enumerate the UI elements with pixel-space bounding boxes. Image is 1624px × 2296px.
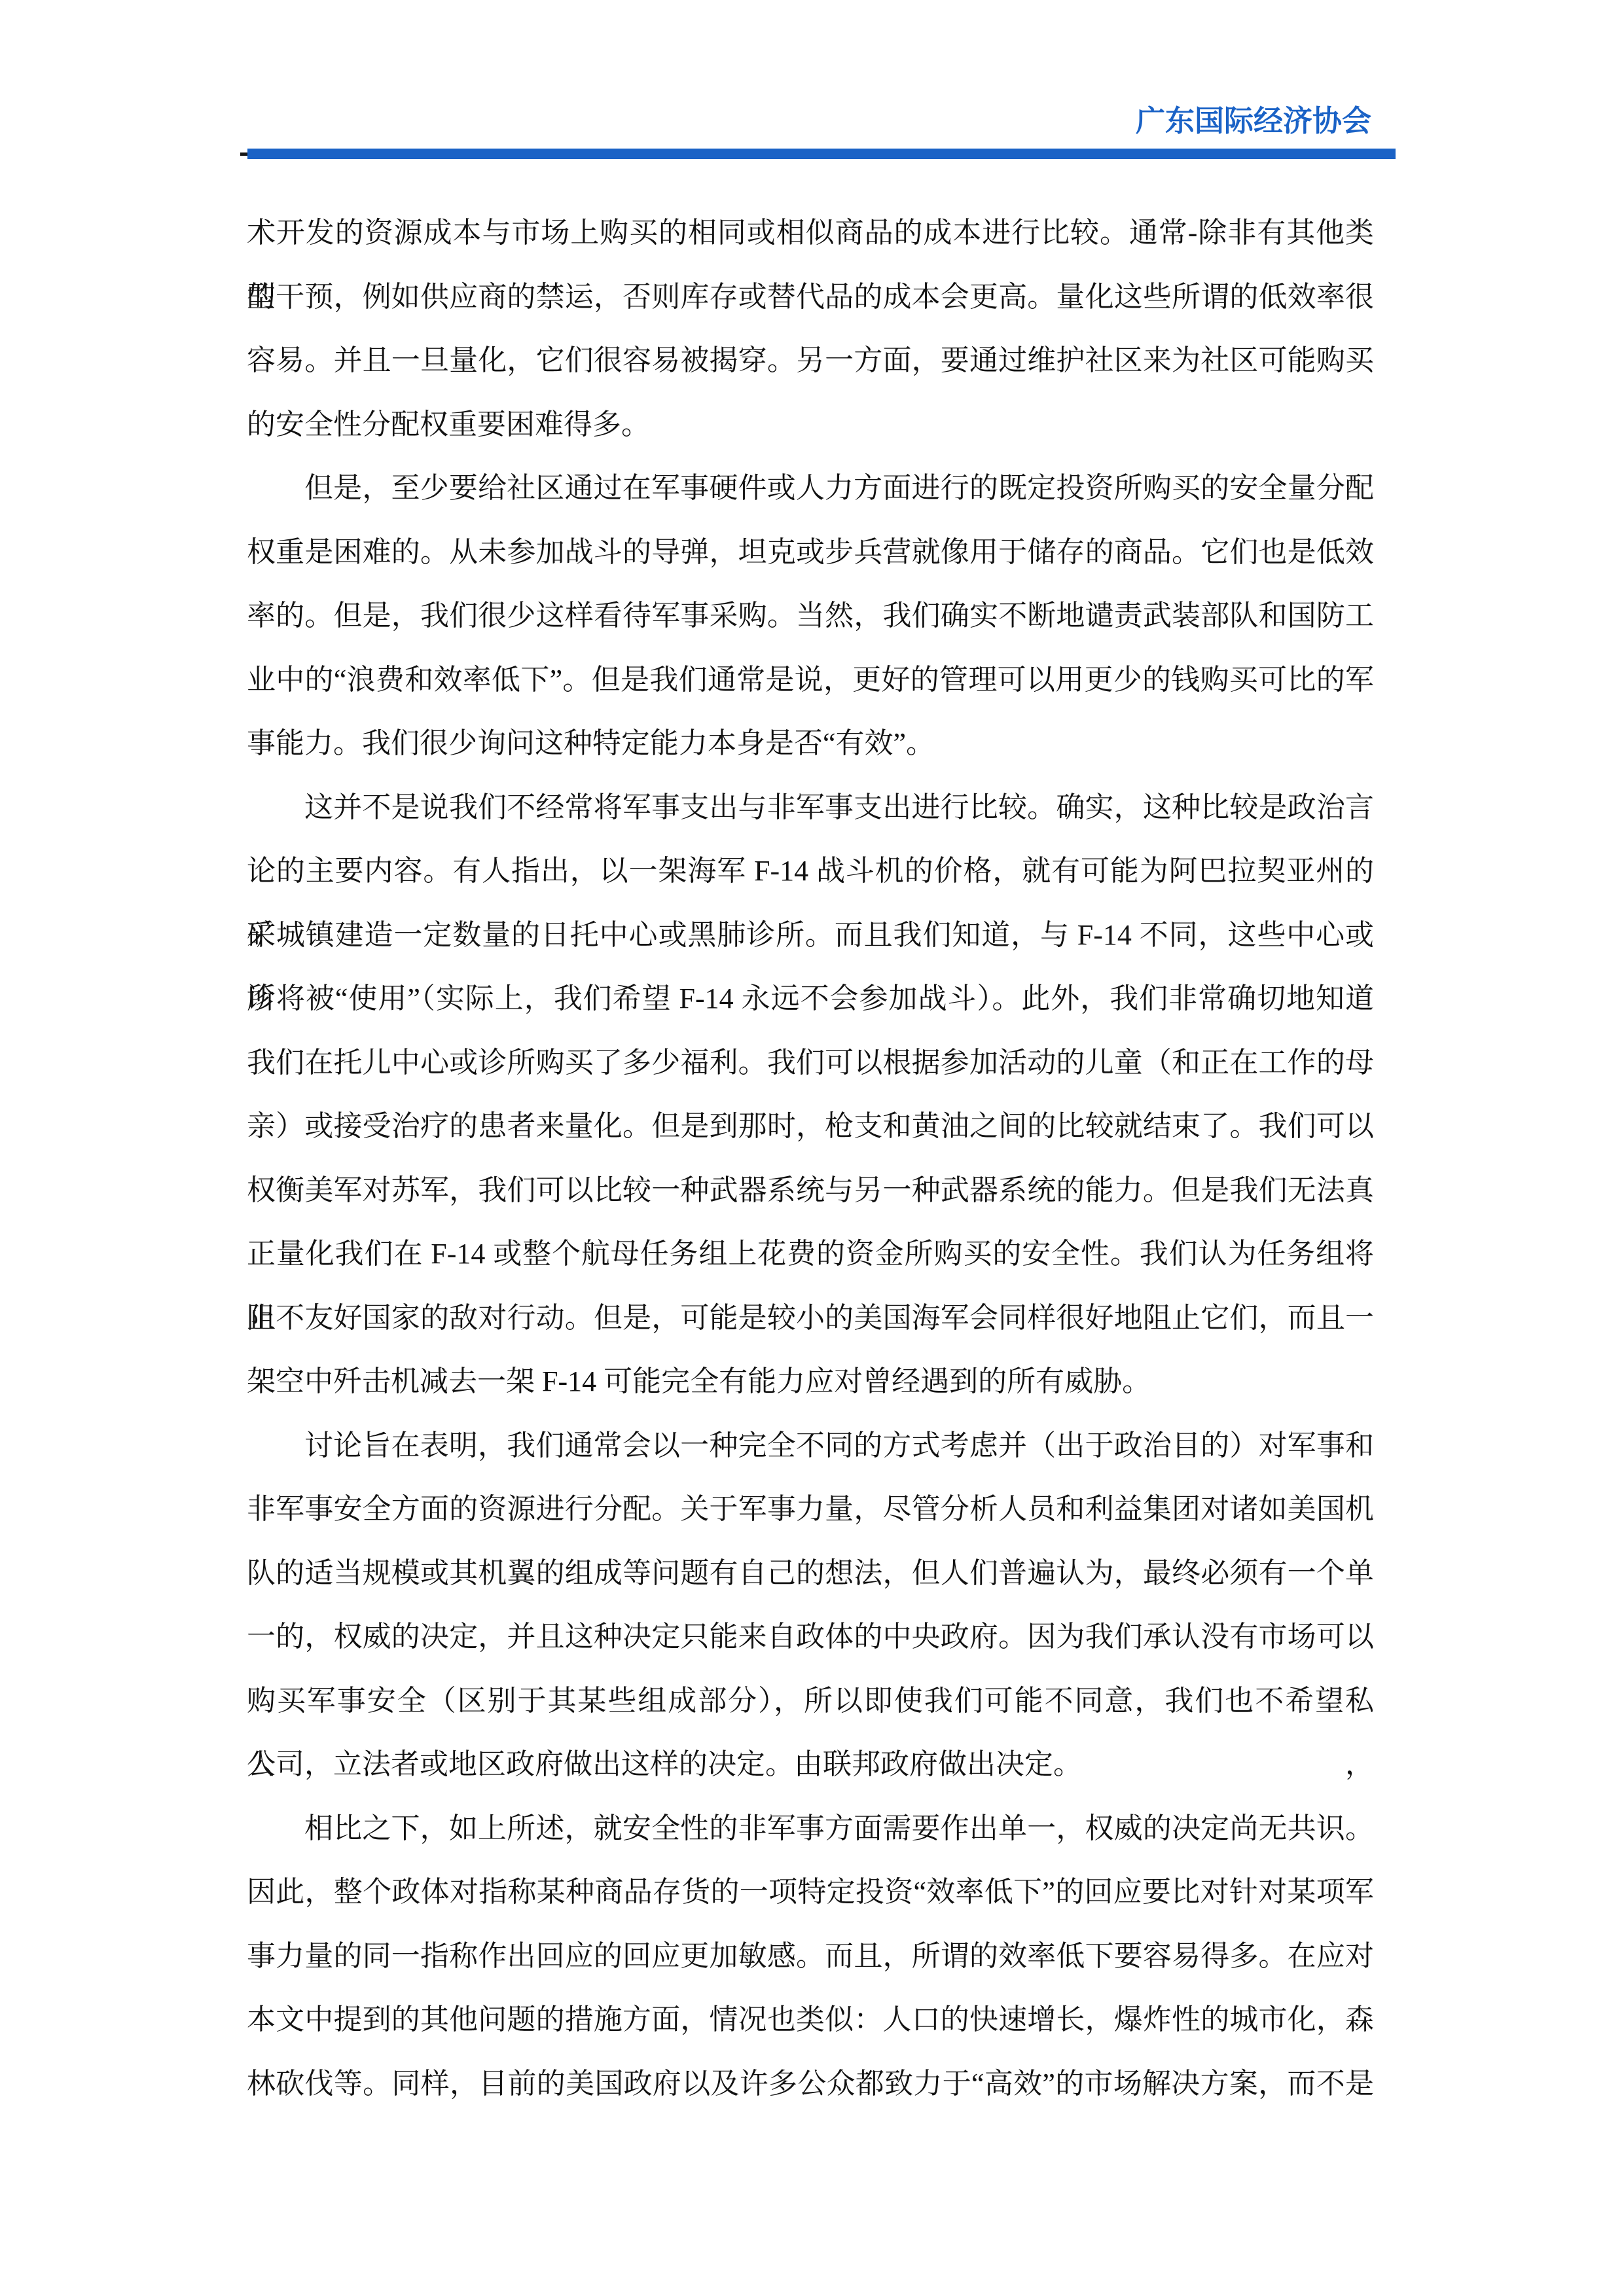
text-line: 但是，至少要给社区通过在军事硬件或人力方面进行的既定投资所购买的安全量分配 [247,456,1374,520]
document-body: 术开发的资源成本与市场上购买的相同或相似商品的成本进行比较。通常-除非有其他类型… [247,201,1374,2115]
text-line: 矿城镇建造一定数量的日托中心或黑肺诊所。而且我们知道，与 F-14 不同，这些中… [247,903,1374,967]
text-line: 权衡美军对苏军，我们可以比较一种武器系统与另一种武器系统的能力。但是我们无法真 [247,1158,1374,1223]
text-line: 架空中歼击机减去一架 F-14 可能完全有能力应对曾经遇到的所有威胁。 [247,1350,1374,1414]
text-line: 事能力。我们很少询问这种特定能力本身是否“有效”。 [247,711,1374,776]
header-divider-bar [247,149,1396,159]
text-line: 非军事安全方面的资源进行分配。关于军事力量，尽管分析人员和利益集团对诸如美国机 [247,1477,1374,1541]
text-line: 正量化我们在 F-14 或整个航母任务组上花费的资金所购买的安全性。我们认为任务… [247,1222,1374,1286]
text-line: 论的主要内容。有人指出，以一架海军 F-14 战斗机的价格，就有可能为阿巴拉契亚… [247,839,1374,903]
paragraph: 术开发的资源成本与市场上购买的相同或相似商品的成本进行比较。通常-除非有其他类型… [247,201,1374,456]
text-line: 队的适当规模或其机翼的组成等问题有自己的想法，但人们普遍认为，最终必须有一个单 [247,1541,1374,1605]
text-line: 一的，权威的决定，并且这种决定只能来自政体的中央政府。因为我们承认没有市场可以 [247,1605,1374,1669]
text-line: 止不友好国家的敌对行动。但是，可能是较小的美国海军会同样很好地阻止它们，而且一 [247,1286,1374,1350]
text-line: 相比之下，如上所述，就安全性的非军事方面需要作出单一，权威的决定尚无共识。 [247,1797,1374,1861]
text-line: 的安全性分配权重要困难得多。 [247,393,1374,457]
text-line: 的干预，例如供应商的禁运，否则库存或替代品的成本会更高。量化这些所谓的低效率很 [247,265,1374,329]
paragraph: 讨论旨在表明，我们通常会以一种完全不同的方式考虑并（出于政治目的）对军事和非军事… [247,1414,1374,1797]
text-line: 术开发的资源成本与市场上购买的相同或相似商品的成本进行比较。通常-除非有其他类型 [247,201,1374,265]
text-line: 我们在托儿中心或诊所购买了多少福利。我们可以根据参加活动的儿童（和正在工作的母 [247,1031,1374,1095]
text-line: 率的。但是，我们很少这样看待军事采购。当然，我们确实不断地谴责武装部队和国防工 [247,584,1374,648]
text-line: 本文中提到的其他问题的措施方面，情况也类似：人口的快速增长，爆炸性的城市化，森 [247,1988,1374,2052]
text-line: 业中的“浪费和效率低下”。但是我们通常是说，更好的管理可以用更少的钱购买可比的军 [247,648,1374,712]
text-line: 林砍伐等。同样，目前的美国政府以及许多公众都致力于“高效”的市场解决方案，而不是 [247,2052,1374,2116]
text-line: 权重是困难的。从未参加战斗的导弹，坦克或步兵营就像用于储存的商品。它们也是低效 [247,520,1374,584]
text-line: 亲）或接受治疗的患者来量化。但是到那时，枪支和黄油之间的比较就结束了。我们可以 [247,1094,1374,1158]
paragraph: 这并不是说我们不经常将军事支出与非军事支出进行比较。确实，这种比较是政治言论的主… [247,776,1374,1414]
paragraph: 相比之下，如上所述，就安全性的非军事方面需要作出单一，权威的决定尚无共识。因此，… [247,1797,1374,2116]
text-line: 购买军事安全（区别于其某些组成部分），所以即使我们可能不同意，我们也不希望私人， [247,1669,1374,1733]
text-line: 所将被“使用”（实际上，我们希望 F-14 永远不会参加战斗）。此外，我们非常确… [247,967,1374,1031]
text-line: 这并不是说我们不经常将军事支出与非军事支出进行比较。确实，这种比较是政治言 [247,776,1374,840]
text-line: 因此，整个政体对指称某种商品存货的一项特定投资“效率低下”的回应要比对针对某项军 [247,1860,1374,1924]
paragraph: 但是，至少要给社区通过在军事硬件或人力方面进行的既定投资所购买的安全量分配权重是… [247,456,1374,776]
header-org-title: 广东国际经济协会 [1136,97,1371,139]
text-line: 容易。并且一旦量化，它们很容易被揭穿。另一方面，要通过维护社区来为社区可能购买 [247,329,1374,393]
text-line: 讨论旨在表明，我们通常会以一种完全不同的方式考虑并（出于政治目的）对军事和 [247,1414,1374,1478]
text-line: 事力量的同一指称作出回应的回应更加敏感。而且，所谓的效率低下要容易得多。在应对 [247,1924,1374,1988]
